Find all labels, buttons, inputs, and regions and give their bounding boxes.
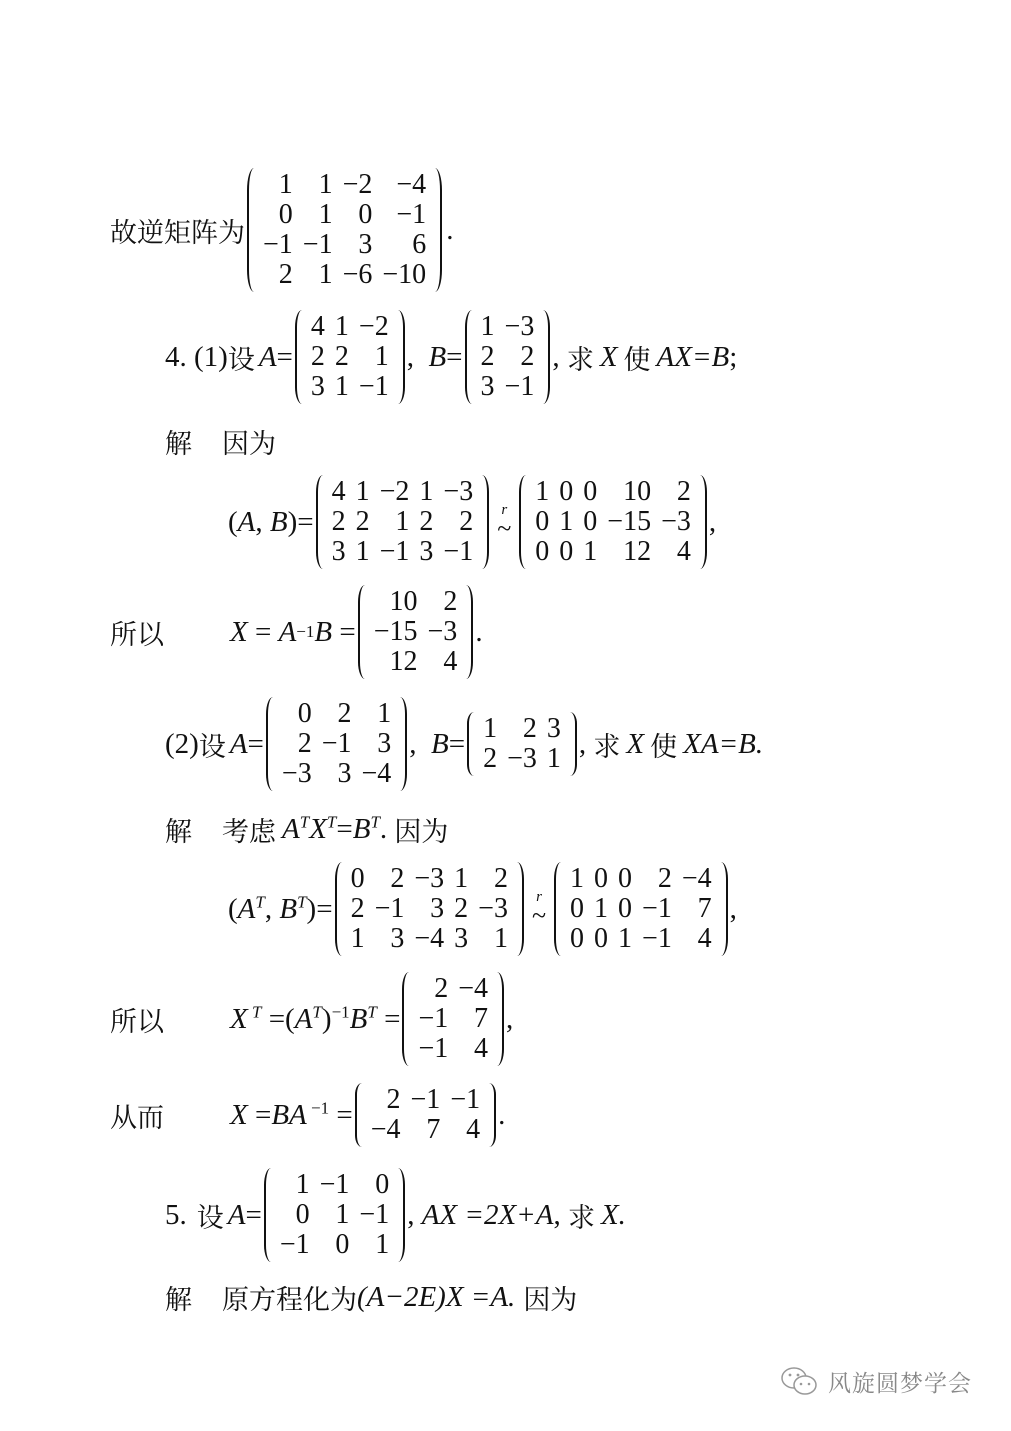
solution-5: 解 原方程化为 (A−2E)X =A. 因为 [165, 1278, 577, 1317]
left-paren [554, 862, 568, 956]
matrix-cell: 0 [320, 1230, 350, 1260]
matrix-cell: −1 [303, 230, 333, 260]
right-paren [563, 712, 577, 776]
right-paren [510, 862, 524, 956]
matrix-cell: 2 [311, 342, 325, 372]
right-paren [714, 862, 728, 956]
matrix-cell: 2 [428, 587, 458, 617]
left-paren [316, 475, 330, 569]
left-paren [402, 972, 416, 1066]
matrix-cell: 1 [280, 1170, 310, 1200]
result-matrix-X-2: 2−1−1−474 [355, 1083, 496, 1147]
matrix-cell: 0 [583, 507, 597, 537]
matrix-cell: 2 [483, 744, 497, 774]
matrix-cell: −10 [382, 260, 426, 290]
matrix-cell: 2 [418, 974, 448, 1004]
matrix-cell: −3 [428, 617, 458, 647]
matrix-cell: 0 [535, 507, 549, 537]
matrix-cell: 1 [303, 200, 333, 230]
matrix-cell: −1 [380, 537, 410, 567]
matrix-cell: −2 [343, 170, 373, 200]
augmented-AB: (A, B)= 41−21−32212231−13−1 r~ 100102010… [228, 475, 716, 569]
matrix-cell: 0 [559, 537, 573, 567]
matrix-cell: 3 [414, 894, 444, 924]
matrix-cell: 7 [458, 1004, 488, 1034]
matrix-cell: 0 [570, 924, 584, 954]
matrix-cell: 0 [559, 477, 573, 507]
matrix-cell: 0 [280, 1200, 310, 1230]
matrix-cell: 1 [335, 372, 349, 402]
row-equivalent-sign: r~ [497, 503, 511, 542]
matrix-cell: 1 [380, 507, 410, 537]
matrix-cell: 3 [547, 714, 561, 744]
problem-5: 5. 设 A= 1−1001−1−101 , AX =2X+A , 求 X. [165, 1168, 626, 1262]
matrix-cell: 4 [332, 477, 346, 507]
right-paren [490, 972, 504, 1066]
wechat-icon [780, 1366, 820, 1398]
left-paren [467, 712, 481, 776]
result-X: 从而 X =BA −1 = 2−1−1−474 . [110, 1083, 505, 1147]
matrix-cell: 6 [382, 230, 426, 260]
result-matrix-X: 102−15−3124 [358, 585, 474, 679]
matrix-cell: 2 [332, 507, 346, 537]
matrix-cell: −1 [375, 894, 405, 924]
reduced-matrix: 100102010−15−3001124 [519, 475, 707, 569]
problem-4-2: (2) 设 A= 0212−13−33−4 , B= 1232−31 , 求 X… [165, 697, 763, 791]
matrix-cell: 1 [356, 477, 370, 507]
matrix-cell: 3 [311, 372, 325, 402]
matrix-cell: −1 [450, 1085, 480, 1115]
matrix-cell: 2 [443, 507, 473, 537]
right-paren [693, 475, 707, 569]
matrix-cell: 3 [322, 759, 352, 789]
matrix-cell: −3 [414, 864, 444, 894]
watermark: 风旋圆梦学会 [780, 1365, 972, 1398]
matrix-cell: 0 [535, 537, 549, 567]
matrix-cell: 1 [303, 170, 333, 200]
left-paren [247, 168, 261, 292]
matrix-cell: −1 [382, 200, 426, 230]
right-paren [459, 585, 473, 679]
matrix-cell: −4 [371, 1115, 401, 1145]
right-paren [475, 475, 489, 569]
matrix-cell: −3 [507, 744, 537, 774]
matrix-cell: −1 [505, 372, 535, 402]
matrix-cell: 1 [419, 477, 433, 507]
matrix-cell: −1 [443, 537, 473, 567]
matrix-cell: 2 [642, 864, 672, 894]
matrix-cell: 10 [374, 587, 418, 617]
matrix-cell: 3 [332, 537, 346, 567]
matrix-cell: −3 [443, 477, 473, 507]
inverse-matrix: 11−2−4010−1−1−13621−6−10 [247, 168, 442, 292]
matrix-cell: −3 [282, 759, 312, 789]
matrix-cell: 1 [454, 864, 468, 894]
result-matrix-XT: 2−4−17−14 [402, 972, 504, 1066]
matrix-cell: 4 [311, 312, 325, 342]
left-paren [519, 475, 533, 569]
matrix-cell: 1 [303, 260, 333, 290]
matrix-cell: 2 [356, 507, 370, 537]
matrix-cell: 1 [594, 894, 608, 924]
matrix-cell: 1 [478, 924, 508, 954]
right-paren [391, 1168, 405, 1262]
matrix-cell: 2 [263, 260, 293, 290]
matrix-cell: 1 [547, 744, 561, 774]
left-paren [266, 697, 280, 791]
matrix-cell: 1 [559, 507, 573, 537]
matrix-cell: 0 [570, 894, 584, 924]
matrix-cell: 12 [607, 537, 651, 567]
matrix-cell: 12 [374, 647, 418, 677]
matrix-cell: 0 [282, 699, 312, 729]
matrix-cell: 0 [351, 864, 365, 894]
problem-4-1: 4. (1) 设 A= 41−222131−1 , B= 1−3223−1 , … [165, 310, 737, 404]
augmented-ATBT: (AT, BT)= 02−3122−132−313−431 r~ 1002−40… [228, 862, 737, 956]
matrix-cell: 1 [535, 477, 549, 507]
matrix-cell: −1 [411, 1085, 441, 1115]
matrix-cell: −1 [280, 1230, 310, 1260]
left-paren [358, 585, 372, 679]
matrix-cell: 0 [583, 477, 597, 507]
matrix-cell: 2 [481, 342, 495, 372]
matrix-cell: −1 [418, 1034, 448, 1064]
matrix-cell: −6 [343, 260, 373, 290]
solution-4-1-heading: 解 因为 [165, 422, 276, 461]
matrix-cell: 2 [351, 894, 365, 924]
matrix-cell: 1 [356, 537, 370, 567]
matrix-cell: 1 [618, 924, 632, 954]
matrix-cell: 3 [454, 924, 468, 954]
matrix-cell: 0 [263, 200, 293, 230]
right-paren [428, 168, 442, 292]
right-paren [391, 310, 405, 404]
matrix-cell: −1 [418, 1004, 448, 1034]
left-paren [264, 1168, 278, 1262]
matrix-cell: 0 [618, 864, 632, 894]
matrix-cell: 4 [458, 1034, 488, 1064]
augmented-matrix: 41−21−32212231−13−1 [316, 475, 490, 569]
matrix-cell: −1 [642, 894, 672, 924]
matrix-cell: 1 [362, 699, 392, 729]
matrix-cell: 3 [375, 924, 405, 954]
matrix-cell: −2 [380, 477, 410, 507]
matrix-cell: 2 [507, 714, 537, 744]
left-paren [295, 310, 309, 404]
matrix-cell: 1 [335, 312, 349, 342]
matrix-cell: 7 [682, 894, 712, 924]
matrix-B-2: 1232−31 [467, 712, 577, 776]
matrix-B: 1−3223−1 [465, 310, 551, 404]
matrix-cell: 1 [481, 312, 495, 342]
inverse-result-line: 故逆矩阵为 11−2−4010−1−1−13621−6−10 . [110, 168, 453, 292]
matrix-cell: 4 [682, 924, 712, 954]
matrix-A-5: 1−1001−1−101 [264, 1168, 405, 1262]
matrix-cell: −3 [505, 312, 535, 342]
matrix-cell: 1 [263, 170, 293, 200]
inverse-label: 故逆矩阵为 [110, 211, 245, 250]
reduced-matrix-2: 1002−4010−17001−14 [554, 862, 728, 956]
left-paren [355, 1083, 369, 1147]
matrix-cell: 2 [282, 729, 312, 759]
matrix-cell: −15 [374, 617, 418, 647]
matrix-cell: 2 [505, 342, 535, 372]
matrix-cell: 3 [481, 372, 495, 402]
right-paren [482, 1083, 496, 1147]
result-XT: 所以 X T =(AT)−1BT = 2−4−17−14 , [110, 972, 513, 1066]
matrix-cell: 2 [322, 699, 352, 729]
matrix-A: 41−222131−1 [295, 310, 405, 404]
matrix-cell: 1 [351, 924, 365, 954]
matrix-cell: −1 [359, 372, 389, 402]
matrix-cell: −1 [263, 230, 293, 260]
right-paren [393, 697, 407, 791]
row-equivalent-sign-2: r~ [532, 890, 546, 929]
matrix-cell: 4 [428, 647, 458, 677]
matrix-cell: 1 [483, 714, 497, 744]
matrix-cell: 2 [335, 342, 349, 372]
matrix-cell: 1 [359, 342, 389, 372]
matrix-cell: 2 [419, 507, 433, 537]
matrix-cell: 1 [359, 1230, 389, 1260]
matrix-cell: 2 [661, 477, 691, 507]
matrix-cell: −1 [322, 729, 352, 759]
matrix-cell: 3 [362, 729, 392, 759]
matrix-cell: 1 [570, 864, 584, 894]
matrix-cell: −4 [458, 974, 488, 1004]
matrix-A-2: 0212−13−33−4 [266, 697, 407, 791]
result-4-1: 所以 X = A−1B = 102−15−3124 . [110, 585, 483, 679]
right-paren [536, 310, 550, 404]
matrix-cell: 7 [411, 1115, 441, 1145]
matrix-cell: 0 [618, 894, 632, 924]
matrix-cell: 1 [320, 1200, 350, 1230]
matrix-cell: 0 [594, 864, 608, 894]
matrix-cell: −1 [359, 1200, 389, 1230]
matrix-cell: −3 [661, 507, 691, 537]
matrix-cell: 3 [343, 230, 373, 260]
matrix-cell: −4 [414, 924, 444, 954]
matrix-cell: 2 [454, 894, 468, 924]
matrix-cell: 1 [583, 537, 597, 567]
matrix-cell: −3 [478, 894, 508, 924]
matrix-cell: 3 [419, 537, 433, 567]
solution-4-2-heading: 解 考虑 ATXT=BT. 因为 [165, 810, 448, 849]
matrix-cell: −2 [359, 312, 389, 342]
matrix-cell: 0 [359, 1170, 389, 1200]
matrix-cell: −15 [607, 507, 651, 537]
matrix-cell: 4 [661, 537, 691, 567]
watermark-text: 风旋圆梦学会 [828, 1365, 972, 1398]
matrix-cell: −4 [382, 170, 426, 200]
matrix-cell: 2 [375, 864, 405, 894]
left-paren [465, 310, 479, 404]
matrix-cell: 0 [343, 200, 373, 230]
matrix-cell: −1 [642, 924, 672, 954]
matrix-cell: 10 [607, 477, 651, 507]
matrix-cell: −1 [320, 1170, 350, 1200]
matrix-cell: 4 [450, 1115, 480, 1145]
left-paren [335, 862, 349, 956]
matrix-cell: −4 [682, 864, 712, 894]
matrix-cell: 2 [371, 1085, 401, 1115]
matrix-cell: 2 [478, 864, 508, 894]
matrix-cell: 0 [594, 924, 608, 954]
augmented-matrix-2: 02−3122−132−313−431 [335, 862, 524, 956]
matrix-cell: −4 [362, 759, 392, 789]
